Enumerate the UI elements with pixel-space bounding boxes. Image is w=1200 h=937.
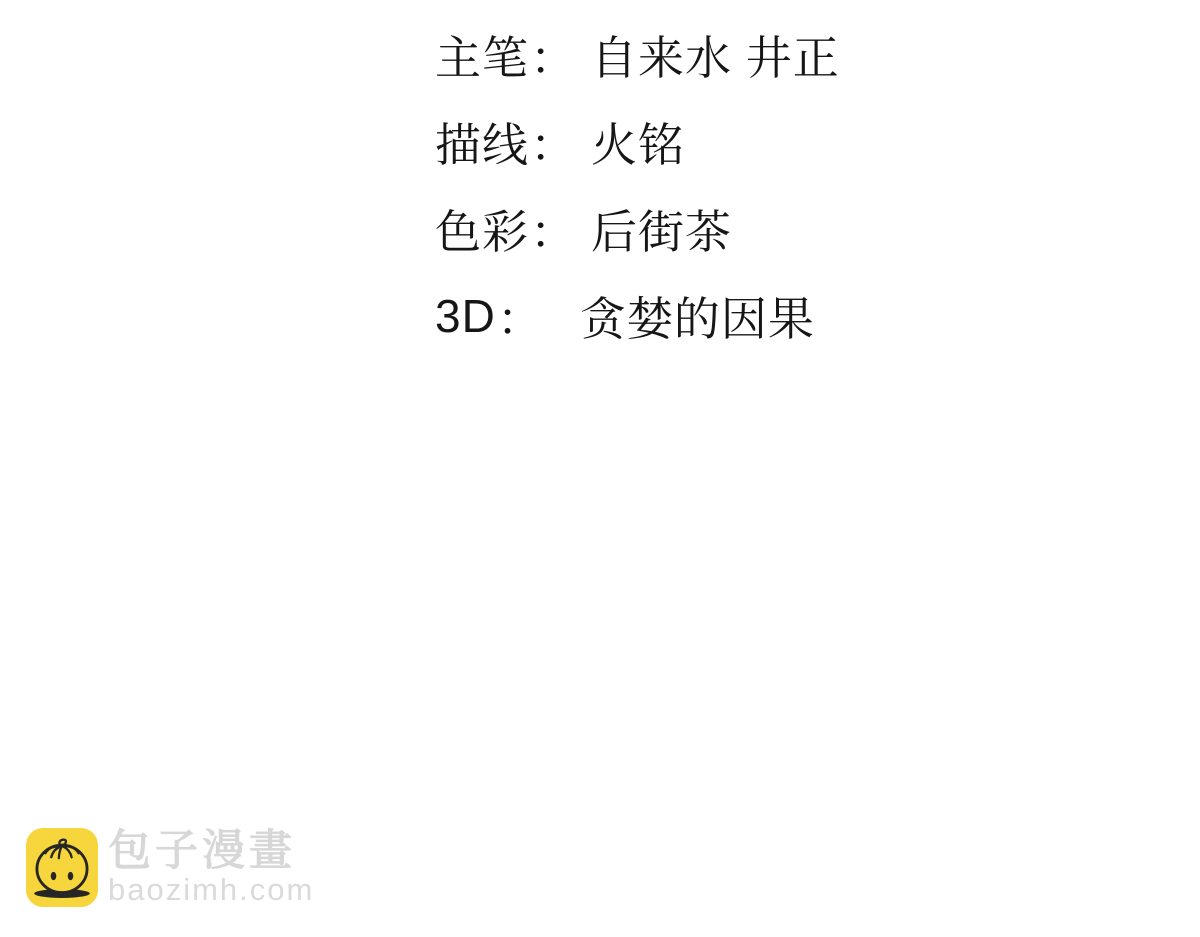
credit-role: 3D <box>435 289 496 343</box>
credit-line-3d: 3D ： 贪婪的因果 <box>435 272 840 359</box>
credit-name: 自来水 井正 <box>591 22 840 88</box>
credits-list: 主笔 ： 自来水 井正 描线 ： 火铭 色彩 ： 后街茶 3D ： 贪婪的因果 <box>435 11 840 359</box>
credit-separator: ： <box>497 283 544 349</box>
credit-name: 后街茶 <box>591 196 732 262</box>
baozi-bun-icon <box>26 828 98 907</box>
credit-line-lineart: 描线 ： 火铭 <box>435 98 840 185</box>
credit-name: 火铭 <box>591 109 685 175</box>
watermark-text: 包子漫畫 baozimh.com <box>108 830 314 905</box>
brand-name: 包子漫畫 <box>108 830 314 873</box>
credit-separator: ： <box>530 109 577 175</box>
credit-role: 色彩 <box>435 196 529 262</box>
site-domain: baozimh.com <box>108 874 314 905</box>
credit-separator: ： <box>530 22 577 88</box>
credit-line-artist: 主笔 ： 自来水 井正 <box>435 11 840 98</box>
credit-role: 主笔 <box>435 22 529 88</box>
site-watermark: 包子漫畫 baozimh.com <box>26 828 314 907</box>
credit-separator: ： <box>530 196 577 262</box>
credit-line-colors: 色彩 ： 后街茶 <box>435 185 840 272</box>
credit-name: 贪婪的因果 <box>580 283 815 349</box>
credit-role: 描线 <box>435 109 529 175</box>
